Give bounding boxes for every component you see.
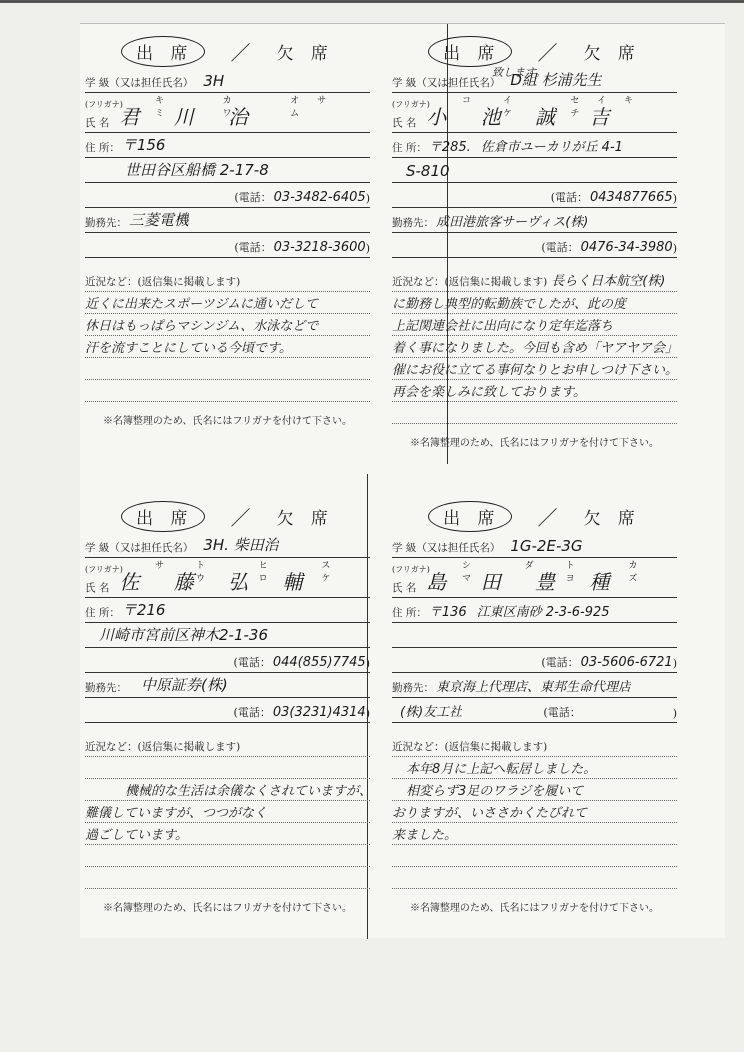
- work-label: 勤務先：: [392, 680, 434, 695]
- workplace-value: 成田港旅客サーヴィス(株): [436, 211, 588, 230]
- furigana: サ トウ ヒロ スケ: [155, 558, 370, 584]
- furigana-part: キミ: [155, 93, 209, 119]
- name-row: サ トウ ヒロ スケ (フリガナ) 氏 名 佐 藤 弘 輔: [85, 558, 370, 598]
- furigana: コ イケ セイキチ: [462, 93, 677, 119]
- furigana-part: カワ: [223, 93, 277, 119]
- tel-close: ): [673, 192, 677, 205]
- home-tel-row: (電話： 0434877665 ): [392, 183, 677, 208]
- workplace-value: 東京海上代理店、東邦生命代理店: [436, 676, 631, 695]
- workplace-value-2: (株)友工社: [400, 701, 462, 720]
- attendance-selector: 出 席 ／ 欠 席: [392, 499, 677, 533]
- furigana-label: (フリガナ): [392, 564, 430, 575]
- notes-line: おりますが、いささかくたびれて: [392, 801, 677, 823]
- address-label: 住 所：: [85, 140, 120, 155]
- reply-card-sheet: 出 席 ／ 欠 席 学 級（又は担任氏名） 3H キミ カワ オサム (フリガナ…: [80, 23, 725, 938]
- tel-close: ): [673, 707, 677, 720]
- attendance-slash: ／: [231, 502, 251, 531]
- notes-line: 近くに出来たスポーツジムに通いだして: [85, 292, 370, 314]
- postal-code: 〒285.: [429, 136, 471, 155]
- address-row: 住 所： 〒156: [85, 133, 370, 158]
- furigana-part: サ: [155, 558, 182, 584]
- workplace-row: 勤務先： 成田港旅客サーヴィス(株): [392, 208, 677, 233]
- furigana-part: セイキチ: [570, 93, 677, 119]
- notes-line: 過ごしています。: [85, 823, 370, 845]
- class-label: 学 級（又は担任氏名）: [85, 540, 193, 555]
- address-value: 川崎市宮前区神木2-1-36: [99, 624, 268, 645]
- attendance-selector: 出 席 ／ 欠 席: [85, 499, 370, 533]
- notes-line: [85, 757, 370, 779]
- reply-card-koike: 出 席 ／ 欠 席 致します。 学 級（又は担任氏名） D組 杉浦先生 コ イケ…: [392, 34, 677, 449]
- tel-label: (電話：: [541, 239, 578, 255]
- tel-label: (電話：: [234, 704, 271, 720]
- notes-line: 来ました。: [392, 823, 677, 845]
- notes-label: 近況など：(返信集に掲載します): [85, 739, 240, 754]
- attendance-slash: ／: [231, 37, 251, 66]
- tel-label: (電話：: [551, 189, 588, 205]
- name-label: 氏 名: [85, 580, 109, 595]
- name-label: 氏 名: [85, 115, 109, 130]
- class-row: 学 級（又は担任氏名） 3H. 柴田治: [85, 533, 370, 558]
- address-label: 住 所：: [85, 605, 120, 620]
- footer-note: ※名簿整理のため、氏名にはフリガナを付けて下さい。: [392, 899, 677, 914]
- address-value: 佐倉市ユーカリが丘 4-1: [481, 136, 623, 155]
- address-line2: [392, 623, 677, 648]
- address-line2: 世田谷区船橋 2-17-8: [85, 158, 370, 183]
- furigana: キミ カワ オサム: [155, 93, 370, 119]
- workplace-value: 中原証券(株): [141, 674, 228, 695]
- notes-line: 再会を楽しみに致しております。: [392, 380, 677, 402]
- home-tel: 044(855)7745: [273, 655, 366, 670]
- work-label: 勤務先：: [392, 215, 434, 230]
- work-tel: 0476-34-3980: [581, 240, 673, 255]
- attend-circled: 出 席: [428, 501, 511, 532]
- notes-section: 近況など：(返信集に掲載します) 近くに出来たスポーツジムに通いだして 休日はも…: [85, 274, 370, 427]
- notes-line: 催にお役に立てる事何なりとお申しつけ下さい。: [392, 358, 677, 380]
- name-label: 氏 名: [392, 580, 416, 595]
- class-value: 3H: [203, 72, 224, 90]
- notes-line: 汗を流すことにしている今頃です。: [85, 336, 370, 358]
- notes-line: 上記関連会社に出向になり定年迄落ち: [392, 314, 677, 336]
- absent-option: 欠 席: [277, 39, 334, 64]
- tel-label: (電話：: [234, 189, 271, 205]
- tel-close: ): [366, 707, 370, 720]
- tel-label: (電話：: [234, 654, 271, 670]
- attend-circled: 出 席: [121, 36, 204, 67]
- absent-option: 欠 席: [584, 504, 641, 529]
- furigana-part: イケ: [503, 93, 556, 119]
- notes-section: 近況など：(返信集に掲載します) 本年8月に上記へ転居しました。 相変らず3足の…: [392, 739, 677, 914]
- class-label: 学 級（又は担任氏名）: [392, 540, 500, 555]
- notes-line: [392, 867, 677, 889]
- attend-circled: 出 席: [121, 501, 204, 532]
- furigana-part: トヨ: [566, 558, 615, 584]
- name-label: 氏 名: [392, 115, 416, 130]
- notes-line: [392, 845, 677, 867]
- class-value: 3H. 柴田治: [203, 534, 278, 555]
- notes-label: 近況など：(返信集に掲載します): [392, 739, 547, 754]
- home-tel: 0434877665: [590, 190, 673, 205]
- notes-line: [85, 358, 370, 380]
- notes-line: 本年8月に上記へ転居しました。: [392, 757, 677, 779]
- class-row: 学 級（又は担任氏名） D組 杉浦先生: [392, 68, 677, 93]
- absent-option: 欠 席: [277, 504, 334, 529]
- home-tel-row: (電話： 044(855)7745 ): [85, 648, 370, 673]
- address-line2: S-810: [392, 158, 677, 183]
- address-value: 江東区南砂 2-3-6-925: [477, 601, 610, 620]
- tel-close: ): [366, 657, 370, 670]
- absent-option: 欠 席: [584, 39, 641, 64]
- class-row: 学 級（又は担任氏名） 3H: [85, 68, 370, 93]
- furigana-part: カズ: [628, 558, 677, 584]
- attend-circled: 出 席: [428, 36, 511, 67]
- address-line2: 川崎市宮前区神木2-1-36: [85, 623, 370, 648]
- furigana-label: (フリガナ): [392, 99, 430, 110]
- tel-label: (電話：: [234, 239, 271, 255]
- furigana-part: ダ: [525, 558, 552, 584]
- furigana-part: スケ: [321, 558, 370, 584]
- postal-code: 〒136: [429, 601, 467, 620]
- notes-line: に勤務し典型的転勤族でしたが、此の度: [392, 292, 677, 314]
- notes-section: 近況など：(返信集に掲載します) 機械的な生活は余儀なくされていますが、 難儀し…: [85, 739, 370, 914]
- workplace-row: 勤務先： 中原証券(株): [85, 673, 370, 698]
- name-row: コ イケ セイキチ (フリガナ) 氏 名 小 池 誠 吉: [392, 93, 677, 133]
- work-tel-row: (電話： 0476-34-3980 ): [392, 233, 677, 258]
- name-row: シマ ダ トヨ カズ (フリガナ) 氏 名 島 田 豊 種: [392, 558, 677, 598]
- postal-code: 〒216: [122, 599, 166, 620]
- furigana-part: ヒロ: [259, 558, 308, 584]
- workplace-row: 勤務先： 東京海上代理店、東邦生命代理店: [392, 673, 677, 698]
- postal-code: 〒156: [122, 134, 166, 155]
- notes-label: 近況など：(返信集に掲載します): [85, 274, 240, 289]
- furigana-label: (フリガナ): [85, 564, 123, 575]
- home-tel-row: (電話： 03-3482-6405 ): [85, 183, 370, 208]
- reply-card-kimikawa: 出 席 ／ 欠 席 学 級（又は担任氏名） 3H キミ カワ オサム (フリガナ…: [85, 34, 370, 427]
- work-tel-row: (電話： 03(3231)4314 ): [85, 698, 370, 723]
- furigana-part: オサム: [290, 93, 370, 119]
- address-row: 住 所： 〒285. 佐倉市ユーカリが丘 4-1: [392, 133, 677, 158]
- scan-top-edge: [0, 0, 744, 3]
- work-tel-row: (電話： 03-3218-3600 ): [85, 233, 370, 258]
- footer-note: ※名簿整理のため、氏名にはフリガナを付けて下さい。: [85, 412, 370, 427]
- notes-line: 相変らず3足のワラジを履いて: [392, 779, 677, 801]
- notes-section: 近況など：(返信集に掲載します) 長らく日本航空(株) に勤務し典型的転勤族でし…: [392, 274, 677, 449]
- address-value: 世田谷区船橋 2-17-8: [125, 159, 269, 180]
- furigana: シマ ダ トヨ カズ: [462, 558, 677, 584]
- address-row: 住 所： 〒136 江東区南砂 2-3-6-925: [392, 598, 677, 623]
- attendance-slash: ／: [538, 502, 558, 531]
- tel-close: ): [366, 192, 370, 205]
- class-value: D組 杉浦先生: [510, 69, 601, 90]
- tel-label: (電話：: [541, 654, 578, 670]
- work-tel: 03-3218-3600: [274, 240, 366, 255]
- notes-line: [85, 845, 370, 867]
- name-row: キミ カワ オサム (フリガナ) 氏 名 君 川 治: [85, 93, 370, 133]
- notes-line: 難儀していますが、つつがなく: [85, 801, 370, 823]
- notes-line: 休日はもっぱらマシンジム、水泳などで: [85, 314, 370, 336]
- address-value-2: S-810: [406, 162, 450, 180]
- attendance-selector: 出 席 ／ 欠 席: [392, 34, 677, 68]
- reply-card-sato: 出 席 ／ 欠 席 学 級（又は担任氏名） 3H. 柴田治 サ トウ ヒロ スケ…: [85, 499, 370, 914]
- work-tel: 03(3231)4314: [273, 705, 366, 720]
- class-value: 1G-2E-3G: [510, 537, 582, 555]
- workplace-value: 三菱電機: [129, 209, 189, 230]
- work-label: 勤務先：: [85, 680, 127, 695]
- workplace-row: 勤務先： 三菱電機: [85, 208, 370, 233]
- home-tel: 03-5606-6721: [581, 655, 673, 670]
- attendance-slash: ／: [538, 37, 558, 66]
- notes-line: 機械的な生活は余儀なくされていますが、: [85, 779, 370, 801]
- footer-note: ※名簿整理のため、氏名にはフリガナを付けて下さい。: [392, 434, 677, 449]
- notes-line: [85, 380, 370, 402]
- work-tel-row: (株)友工社 (電話： ): [392, 698, 677, 723]
- footer-note: ※名簿整理のため、氏名にはフリガナを付けて下さい。: [85, 899, 370, 914]
- address-row: 住 所： 〒216: [85, 598, 370, 623]
- notes-label: 近況など：(返信集に掲載します): [392, 274, 547, 289]
- home-tel: 03-3482-6405: [274, 190, 366, 205]
- furigana-part: トウ: [196, 558, 245, 584]
- address-label: 住 所：: [392, 605, 427, 620]
- notes-line: [392, 402, 677, 424]
- furigana-part: コ: [462, 93, 489, 119]
- tel-close: ): [673, 657, 677, 670]
- attendance-selector: 出 席 ／ 欠 席: [85, 34, 370, 68]
- work-label: 勤務先：: [85, 215, 127, 230]
- furigana-label: (フリガナ): [85, 99, 123, 110]
- class-label: 学 級（又は担任氏名）: [392, 75, 500, 90]
- tel-close: ): [366, 242, 370, 255]
- notes-inline: 長らく日本航空(株): [551, 270, 665, 289]
- notes-line: 着く事になりました。今回も含め「ヤアヤア会」開: [392, 336, 677, 358]
- class-row: 学 級（又は担任氏名） 1G-2E-3G: [392, 533, 677, 558]
- notes-line: [85, 867, 370, 889]
- address-label: 住 所：: [392, 140, 427, 155]
- class-label: 学 級（又は担任氏名）: [85, 75, 193, 90]
- reply-card-shimada: 出 席 ／ 欠 席 学 級（又は担任氏名） 1G-2E-3G シマ ダ トヨ カ…: [392, 499, 677, 914]
- furigana-part: シマ: [462, 558, 511, 584]
- tel-close: ): [673, 242, 677, 255]
- home-tel-row: (電話： 03-5606-6721 ): [392, 648, 677, 673]
- tel-label: (電話：: [543, 704, 580, 720]
